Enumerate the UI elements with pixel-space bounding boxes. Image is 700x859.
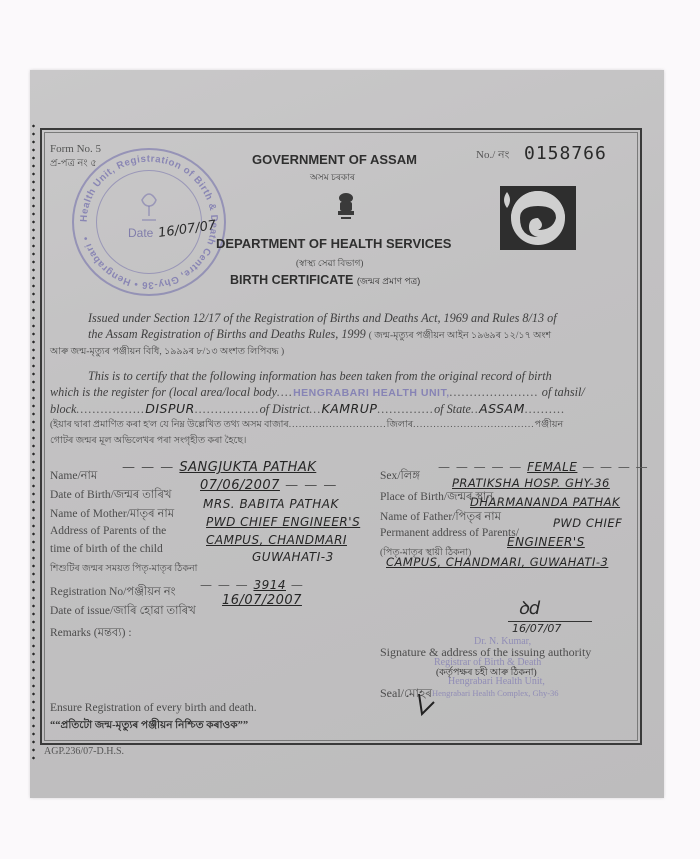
certificate-title-bengali: (জন্মৰ প্ৰমাণ পত্ৰ) (357, 276, 420, 286)
state-value: ASSAM (479, 401, 525, 416)
registrar-stamp-line-4: Hengrabari Health Complex, Ghy-36 (432, 688, 559, 698)
department-heading-bengali: (স্বাস্থ্য সেৱা বিভাগ) (296, 256, 363, 271)
registration-slogan: Ensure Registration of every birth and d… (50, 702, 257, 714)
certificate-title-text: BIRTH CERTIFICATE (230, 273, 353, 287)
issuance-line-3-bengali: আৰু জন্ম-মৃত্যুৰ পঞ্জীয়ন বিধি, ১৯৯৯ৰ ৮/… (50, 344, 632, 360)
address-value-line-3: GUWAHATI-3 (252, 550, 334, 564)
block-value: DISPUR (145, 401, 195, 416)
certify-bengali-line-1b: জিলাৰ (387, 420, 413, 430)
address-value-line-1: PWD CHIEF ENGINEER'S (206, 515, 360, 529)
address-label-line-2: time of birth of the child (50, 543, 163, 555)
national-emblem-icon (335, 192, 357, 222)
place-of-birth-value: PRATIKSHA HOSP. GHY-36 (452, 476, 610, 490)
district-label: of District (260, 402, 310, 416)
permanent-address-value-line-2: ENGINEER'S (507, 535, 585, 549)
certify-line-1: This is to certify that the following in… (50, 368, 632, 384)
certificate-title: BIRTH CERTIFICATE (জন্মৰ প্ৰমাণ পত্ৰ) (230, 273, 420, 289)
address-value-line-2: CAMPUS, CHANDMARI (206, 533, 347, 547)
certificate-number-label: No./ নং (476, 146, 509, 165)
permanent-address-value-line-3: CAMPUS, CHANDMARI, GUWAHATI-3 (386, 555, 608, 569)
certificate-number: 0158766 (524, 143, 607, 164)
permanent-address-value-line-1: PWD CHIEF (553, 516, 622, 530)
stamp-date-label: Date (128, 226, 153, 240)
seal-checkmark-icon (416, 692, 438, 718)
father-name-value: DHARMANANDA PATHAK (470, 495, 620, 509)
father-name-label: Name of Father/পিতৃৰ নাম (380, 508, 501, 527)
government-heading-bengali: অসম চৰকাৰ (310, 170, 355, 185)
remarks-label: Remarks (মন্তব্য) : (50, 624, 132, 643)
mother-name-value: MRS. BABITA PATHAK (203, 497, 339, 511)
issue-date-value: 16/07/2007 (222, 593, 302, 608)
issuance-line-2: the Assam Registration of Births and Dea… (88, 327, 366, 341)
local-body-stamp: HENGRABARI HEALTH UNIT, (293, 387, 450, 399)
date-of-birth-value: 07/06/2007 — — — (200, 478, 337, 493)
issuance-statement: Issued under Section 12/17 of the Regist… (50, 310, 632, 360)
registrar-stamp-line-3: Hengrabari Health Unit, (448, 676, 545, 687)
perforation-edge (32, 122, 35, 762)
issuance-line-2-bengali: ( জন্ম-মৃত্যুৰ পঞ্জীয়ন আইন ১৯৬৯ৰ ১২/১৭ … (369, 331, 551, 341)
child-name-value: — — — SANGJUKTA PATHAK (122, 460, 316, 475)
certify-line-2-prefix: which is the register for (local area/lo… (50, 385, 277, 399)
registration-number-value: — — — 3914 — (200, 578, 304, 592)
certify-bengali-line-2: গোটৰ জন্মৰ মূল অভিলেখৰ পৰা সংগৃহীত কৰা হ… (50, 433, 632, 449)
state-label: of State (434, 402, 471, 416)
address-label-line-1: Address of Parents of the (50, 525, 166, 537)
government-heading: GOVERNMENT OF ASSAM (252, 152, 417, 167)
district-value: KAMRUP (322, 401, 378, 416)
address-label-bengali: শিশুটিৰ জন্মৰ সময়ত পিতৃ-মাতৃৰ ঠিকনা (50, 562, 197, 577)
certification-statement: This is to certify that the following in… (50, 368, 632, 449)
health-department-logo-icon (500, 186, 576, 250)
mother-name-label: Name of Mother/মাতৃৰ নাম (50, 505, 174, 524)
registration-slogan-bengali: ““প্ৰতিটো জন্ম-মৃত্যুৰ পঞ্জীয়ন নিশ্চিত … (50, 718, 248, 735)
sex-value: — — — — — FEMALE — — — — (438, 460, 649, 474)
print-code: AGP.236/07-D.H.S. (44, 746, 124, 757)
department-heading: DEPARTMENT OF HEALTH SERVICES (216, 236, 451, 251)
issue-date-label: Date of issue/জাৰি হোৱা তাৰিখ (50, 602, 196, 621)
registration-number-label: Registration No/পঞ্জীয়ন নং (50, 583, 176, 602)
signature-initials: ꝺd (518, 596, 540, 620)
lion-emblem-stamp-icon (134, 186, 164, 226)
date-of-birth-label: Date of Birth/জন্মৰ তাৰিখ (50, 486, 172, 505)
permanent-address-label: Permanent address of Parents/ (380, 527, 519, 539)
name-label: Name/নাম (50, 467, 97, 486)
block-label: block (50, 402, 76, 416)
certify-line-2-suffix: of tahsil/ (542, 385, 585, 399)
certify-bengali-line-1a: (ইয়াৰ দ্বাৰা প্ৰমাণিত কৰা হ'ল যে নিম্ন … (50, 420, 289, 430)
certify-bengali-line-1c: পঞ্জীয়ন (535, 420, 564, 430)
issuance-line-1: Issued under Section 12/17 of the Regist… (50, 310, 632, 326)
sex-label: Sex/লিঙ্গ (380, 467, 420, 486)
signature-date: 16/07/07 (512, 622, 561, 635)
